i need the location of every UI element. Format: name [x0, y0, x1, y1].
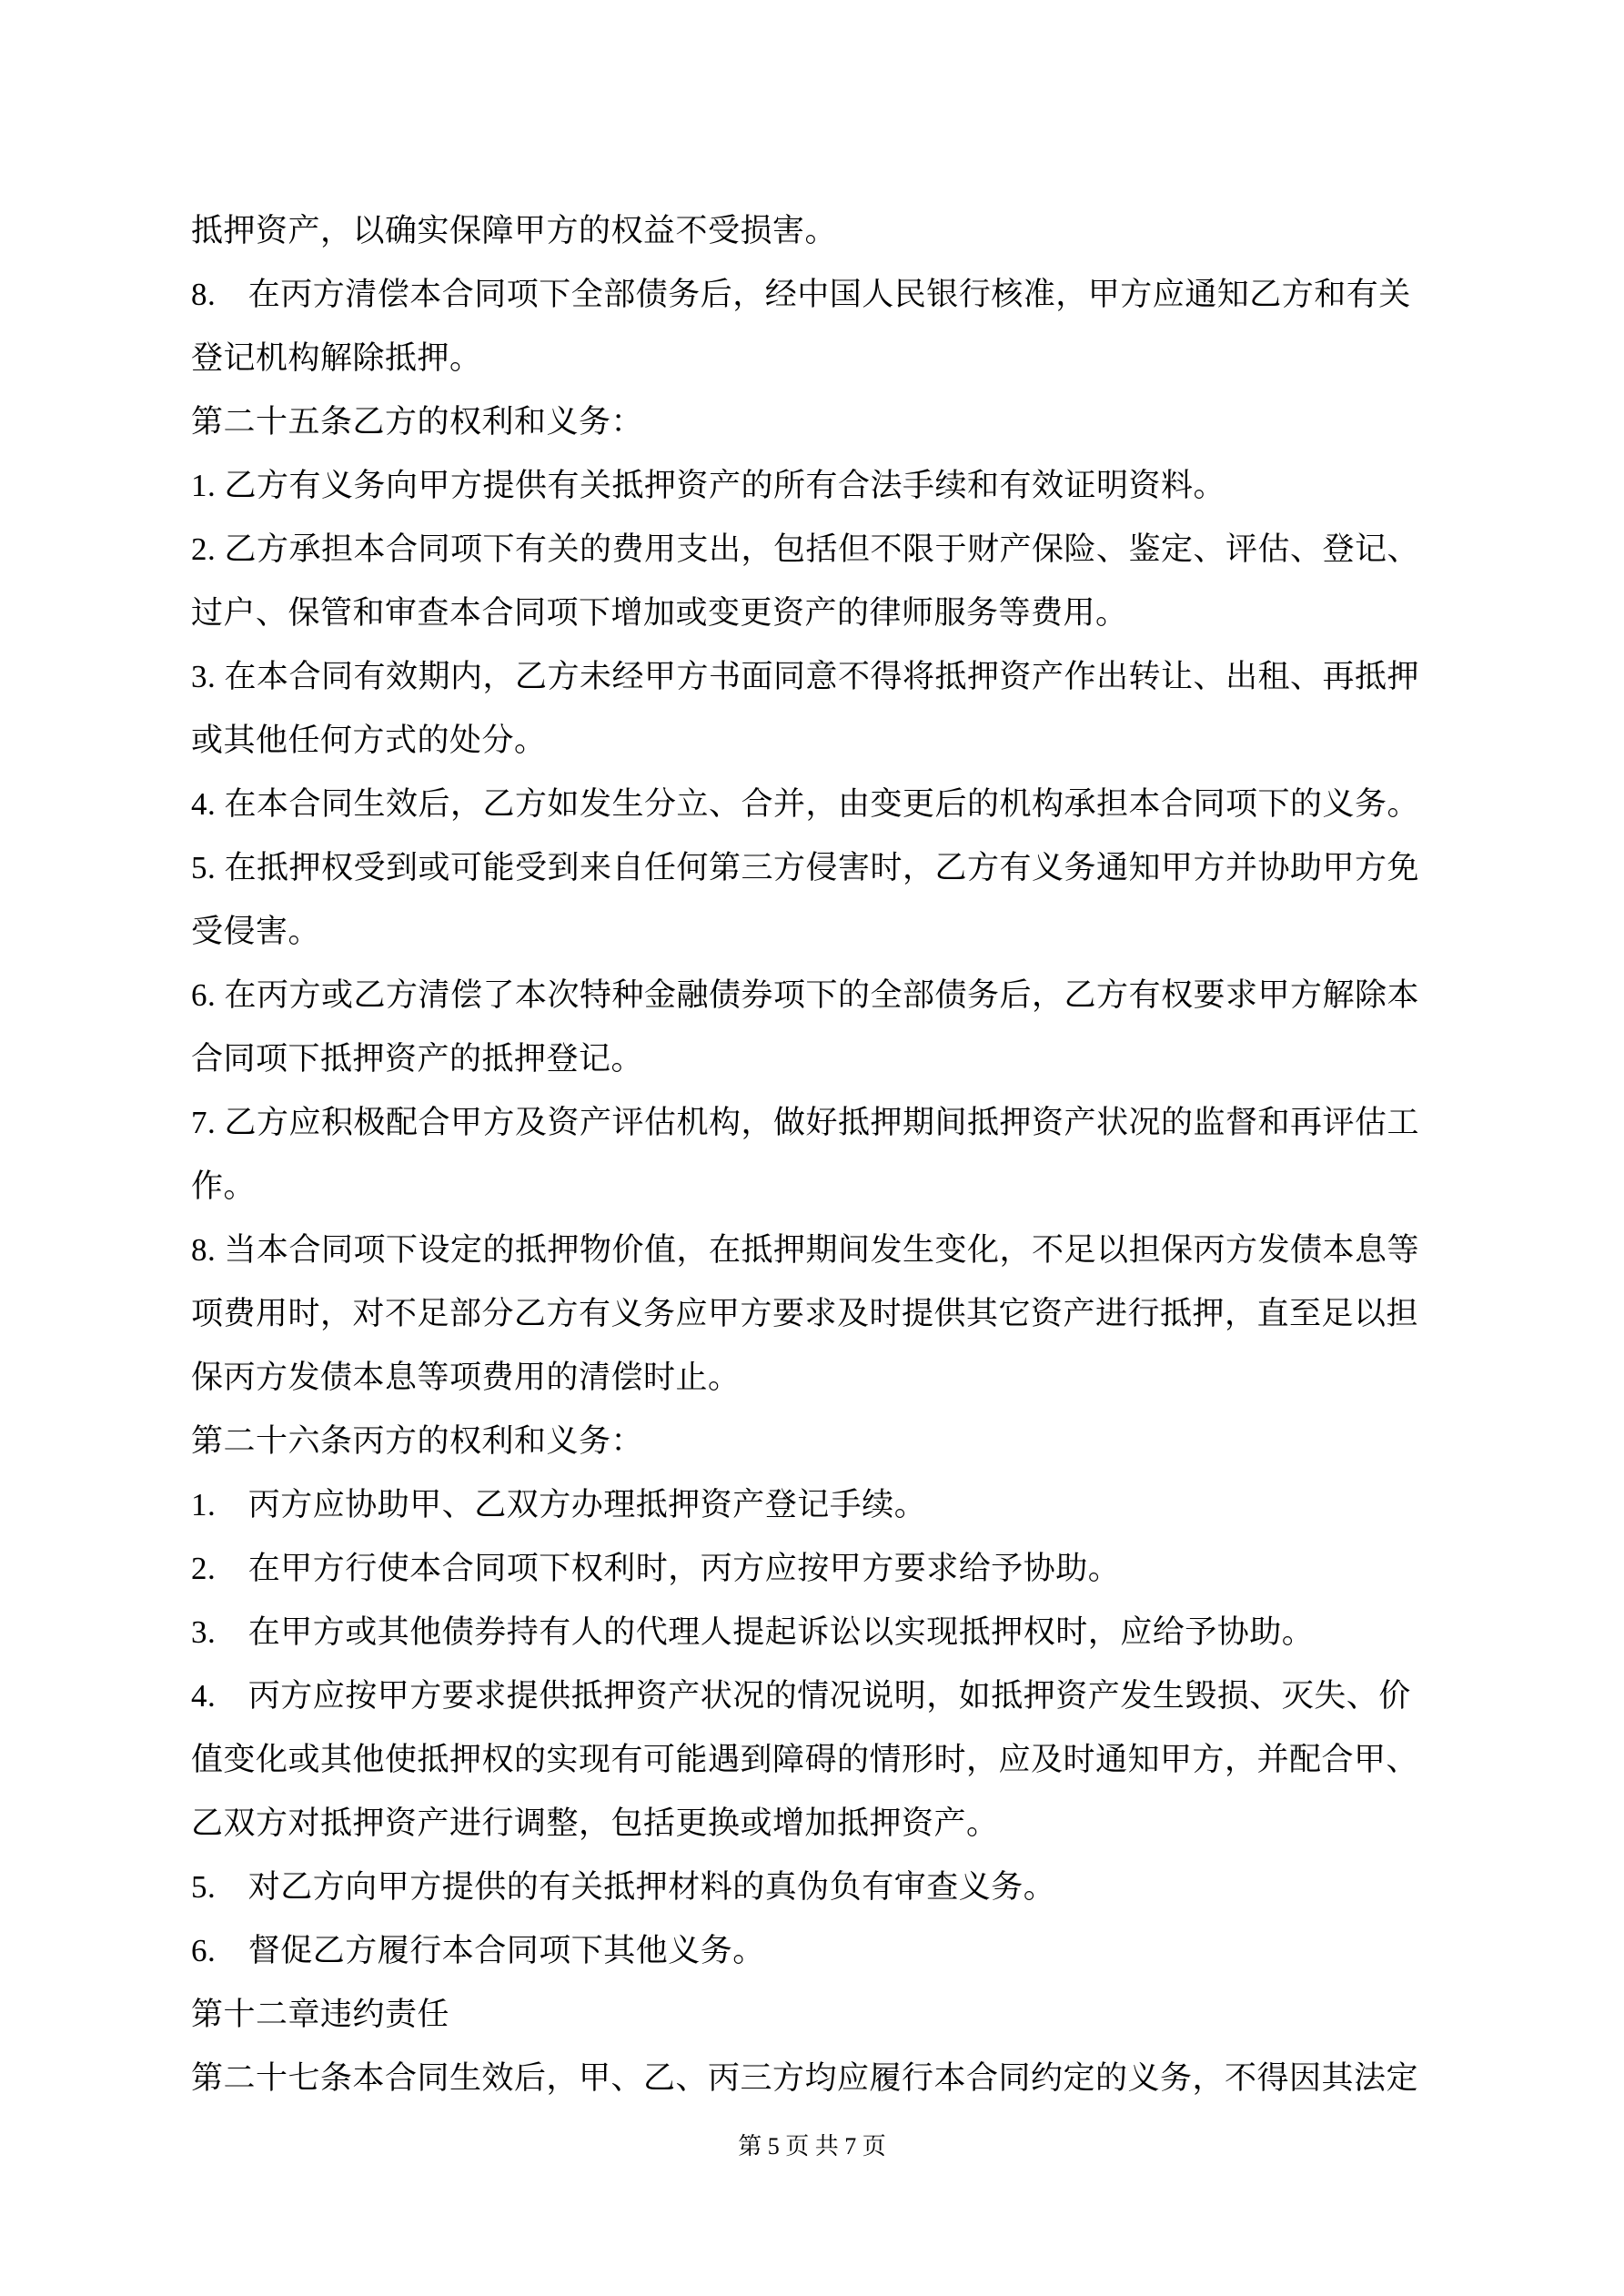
text-line: 8. 在丙方清偿本合同项下全部债务后，经中国人民银行核准，甲方应通知乙方和有关 [191, 263, 1442, 327]
text-line: 3. 在本合同有效期内，乙方未经甲方书面同意不得将抵押资产作出转让、出租、再抵押 [191, 645, 1442, 709]
text-line: 第十二章违约责任 [191, 1983, 1442, 2047]
text-line: 2. 在甲方行使本合同项下权利时，丙方应按甲方要求给予协助。 [191, 1537, 1442, 1601]
text-line: 保丙方发债本息等项费用的清偿时止。 [191, 1346, 1442, 1410]
text-line: 过户、保管和审查本合同项下增加或变更资产的律师服务等费用。 [191, 582, 1442, 645]
text-line: 抵押资产，以确实保障甲方的权益不受损害。 [191, 199, 1442, 263]
document-page: 抵押资产，以确实保障甲方的权益不受损害。8. 在丙方清偿本合同项下全部债务后，经… [0, 0, 1624, 2296]
text-line: 乙双方对抵押资产进行调整，包括更换或增加抵押资产。 [191, 1792, 1442, 1856]
text-line: 1. 丙方应协助甲、乙双方办理抵押资产登记手续。 [191, 1473, 1442, 1537]
text-line: 4. 在本合同生效后，乙方如发生分立、合并，由变更后的机构承担本合同项下的义务。 [191, 773, 1442, 836]
text-line: 5. 对乙方向甲方提供的有关抵押材料的真伪负有审查义务。 [191, 1856, 1442, 1919]
contract-text: 抵押资产，以确实保障甲方的权益不受损害。8. 在丙方清偿本合同项下全部债务后，经… [191, 199, 1442, 2110]
text-line: 3. 在甲方或其他债券持有人的代理人提起诉讼以实现抵押权时，应给予协助。 [191, 1601, 1442, 1664]
text-line: 受侵害。 [191, 900, 1442, 964]
text-line: 登记机构解除抵押。 [191, 327, 1442, 390]
text-line: 或其他任何方式的处分。 [191, 709, 1442, 773]
text-line: 6. 在丙方或乙方清偿了本次特种金融债券项下的全部债务后，乙方有权要求甲方解除本 [191, 964, 1442, 1027]
text-line: 第二十七条本合同生效后，甲、乙、丙三方均应履行本合同约定的义务，不得因其法定 [191, 2047, 1442, 2110]
text-line: 1. 乙方有义务向甲方提供有关抵押资产的所有合法手续和有效证明资料。 [191, 454, 1442, 518]
text-line: 作。 [191, 1155, 1442, 1219]
text-line: 4. 丙方应按甲方要求提供抵押资产状况的情况说明，如抵押资产发生毁损、灭失、价 [191, 1664, 1442, 1728]
text-line: 8. 当本合同项下设定的抵押物价值，在抵押期间发生变化，不足以担保丙方发债本息等 [191, 1219, 1442, 1282]
page-footer: 第 5 页 共 7 页 [0, 2131, 1624, 2162]
text-line: 第二十六条丙方的权利和义务： [191, 1410, 1442, 1473]
text-line: 2. 乙方承担本合同项下有关的费用支出，包括但不限于财产保险、鉴定、评估、登记、 [191, 518, 1442, 582]
text-line: 合同项下抵押资产的抵押登记。 [191, 1027, 1442, 1091]
text-line: 7. 乙方应积极配合甲方及资产评估机构，做好抵押期间抵押资产状况的监督和再评估工 [191, 1091, 1442, 1155]
text-line: 6. 督促乙方履行本合同项下其他义务。 [191, 1919, 1442, 1983]
text-line: 值变化或其他使抵押权的实现有可能遇到障碍的情形时，应及时通知甲方，并配合甲、 [191, 1728, 1442, 1792]
text-line: 5. 在抵押权受到或可能受到来自任何第三方侵害时，乙方有义务通知甲方并协助甲方免 [191, 836, 1442, 900]
text-line: 项费用时，对不足部分乙方有义务应甲方要求及时提供其它资产进行抵押，直至足以担 [191, 1282, 1442, 1346]
text-line: 第二十五条乙方的权利和义务： [191, 390, 1442, 454]
